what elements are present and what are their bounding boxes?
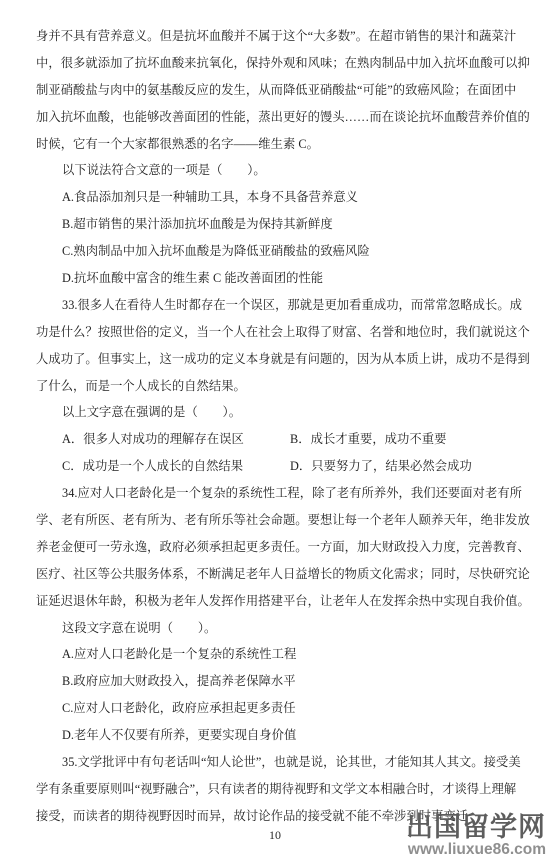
question-33-options-row: C．成功是一个人成长的自然结果D．只要努力了，结果必然会成功 xyxy=(36,453,516,480)
question-33-line: 了什么，而是一个人成长的自然结果。 xyxy=(36,373,516,400)
question-33-line: 功是什么？按照世俗的定义，当一个人在社会上取得了财富、名誉和地位时，我们就说这个 xyxy=(36,319,516,346)
passage-line: 身并不具有营养意义。但是抗坏血酸并不属于这个“大多数”。在超市销售的果汁和蔬菜汁 xyxy=(36,23,516,50)
question-33-option-a: A．很多人对成功的理解存在误区 xyxy=(62,426,290,453)
question-34-option-b: B.政府应加大财政投入，提高养老保障水平 xyxy=(36,668,516,695)
question-32-option-d: D.抗坏血酸中富含的维生素 C 能改善面团的性能 xyxy=(36,265,516,292)
question-34-line: 学、老有所医、老有所为、老有所乐等社会命题。要想让每一个老年人颐养天年，绝非发放 xyxy=(36,507,516,534)
passage-line: 时候，它有一个大家都很熟悉的名字——维生素 C。 xyxy=(36,131,516,158)
watermark-site-url: www.liuxue86.com xyxy=(406,842,546,858)
passage-line: 制亚硝酸盐与肉中的氨基酸反应的发生，从而降低亚硝酸盐“可能”的致癌风险；在面团中 xyxy=(36,77,516,104)
question-34-option-a: A.应对人口老龄化是一个复杂的系统性工程 xyxy=(36,641,516,668)
question-35-line: 35.文学批评中有句老话叫“知人论世”，也就是说，论其世，才能知其人其文。接受美 xyxy=(36,749,516,776)
question-33-options-row: A．很多人对成功的理解存在误区B．成长才重要，成功不重要 xyxy=(36,426,516,453)
question-34-line: 养老金便可一劳永逸，政府必须承担起更多责任。一方面，加大财政投入力度，完善教育、 xyxy=(36,534,516,561)
question-34-option-d: D.老年人不仅要有所养，更要实现自身价值 xyxy=(36,722,516,749)
question-34-line: 34.应对人口老龄化是一个复杂的系统性工程，除了老有所养外，我们还要面对老有所 xyxy=(36,480,516,507)
question-33-option-b: B．成长才重要，成功不重要 xyxy=(290,432,446,446)
question-35-line: 学有条重要原则叫“视野融合”，只有读者的期待视野和文学文本相融合时，才谈得上理解 xyxy=(36,776,516,803)
question-32-stem: 以下说法符合文意的一项是（ ）。 xyxy=(36,157,516,184)
passage-line: 加入抗坏血酸，也能够改善面团的性能，蒸出更好的馒头……而在谈论抗坏血酸营养价值的 xyxy=(36,104,516,131)
question-32-option-c: C.熟肉制品中加入抗坏血酸是为降低亚硝酸盐的致癌风险 xyxy=(36,238,516,265)
passage-line: 中，很多就添加了抗坏血酸来抗氧化，保持外观和风味；在熟肉制品中加入抗坏血酸可以抑 xyxy=(36,50,516,77)
question-34-line: 医疗、社区等公共服务体系，不断满足老年人日益增长的物质文化需求；同时，尽快研究论 xyxy=(36,561,516,588)
question-33-line: 33.很多人在看待人生时都存在一个误区，那就是更加看重成功，而常常忽略成长。成 xyxy=(36,292,516,319)
question-34-option-c: C.应对人口老龄化，政府应承担起更多责任 xyxy=(36,695,516,722)
question-34-stem: 这段文字意在说明（ ）。 xyxy=(36,615,516,642)
question-33-stem: 以上文字意在强调的是（ ）。 xyxy=(36,399,516,426)
question-32-option-b: B.超市销售的果汁添加抗坏血酸是为保持其新鲜度 xyxy=(36,211,516,238)
question-33-line: 人成功了。但事实上，这一成功的定义本身就是有问题的，因为从本质上讲，成功不是得到 xyxy=(36,346,516,373)
document-page: 身并不具有营养意义。但是抗坏血酸并不属于这个“大多数”。在超市销售的果汁和蔬菜汁… xyxy=(0,0,550,858)
page-content: 身并不具有营养意义。但是抗坏血酸并不属于这个“大多数”。在超市销售的果汁和蔬菜汁… xyxy=(36,0,516,830)
question-33-option-c: C．成功是一个人成长的自然结果 xyxy=(62,453,290,480)
question-33-option-d: D．只要努力了，结果必然会成功 xyxy=(290,459,472,473)
question-32-option-a: A.食品添加剂只是一种辅助工具，本身不具备营养意义 xyxy=(36,184,516,211)
question-34-line: 证延迟退休年龄，积极为老年人发挥作用搭建平台，让老年人在发挥余热中实现自我价值。 xyxy=(36,588,516,615)
watermark: 出国留学网 www.liuxue86.com xyxy=(406,814,546,858)
watermark-site-name: 出国留学网 xyxy=(406,814,546,841)
